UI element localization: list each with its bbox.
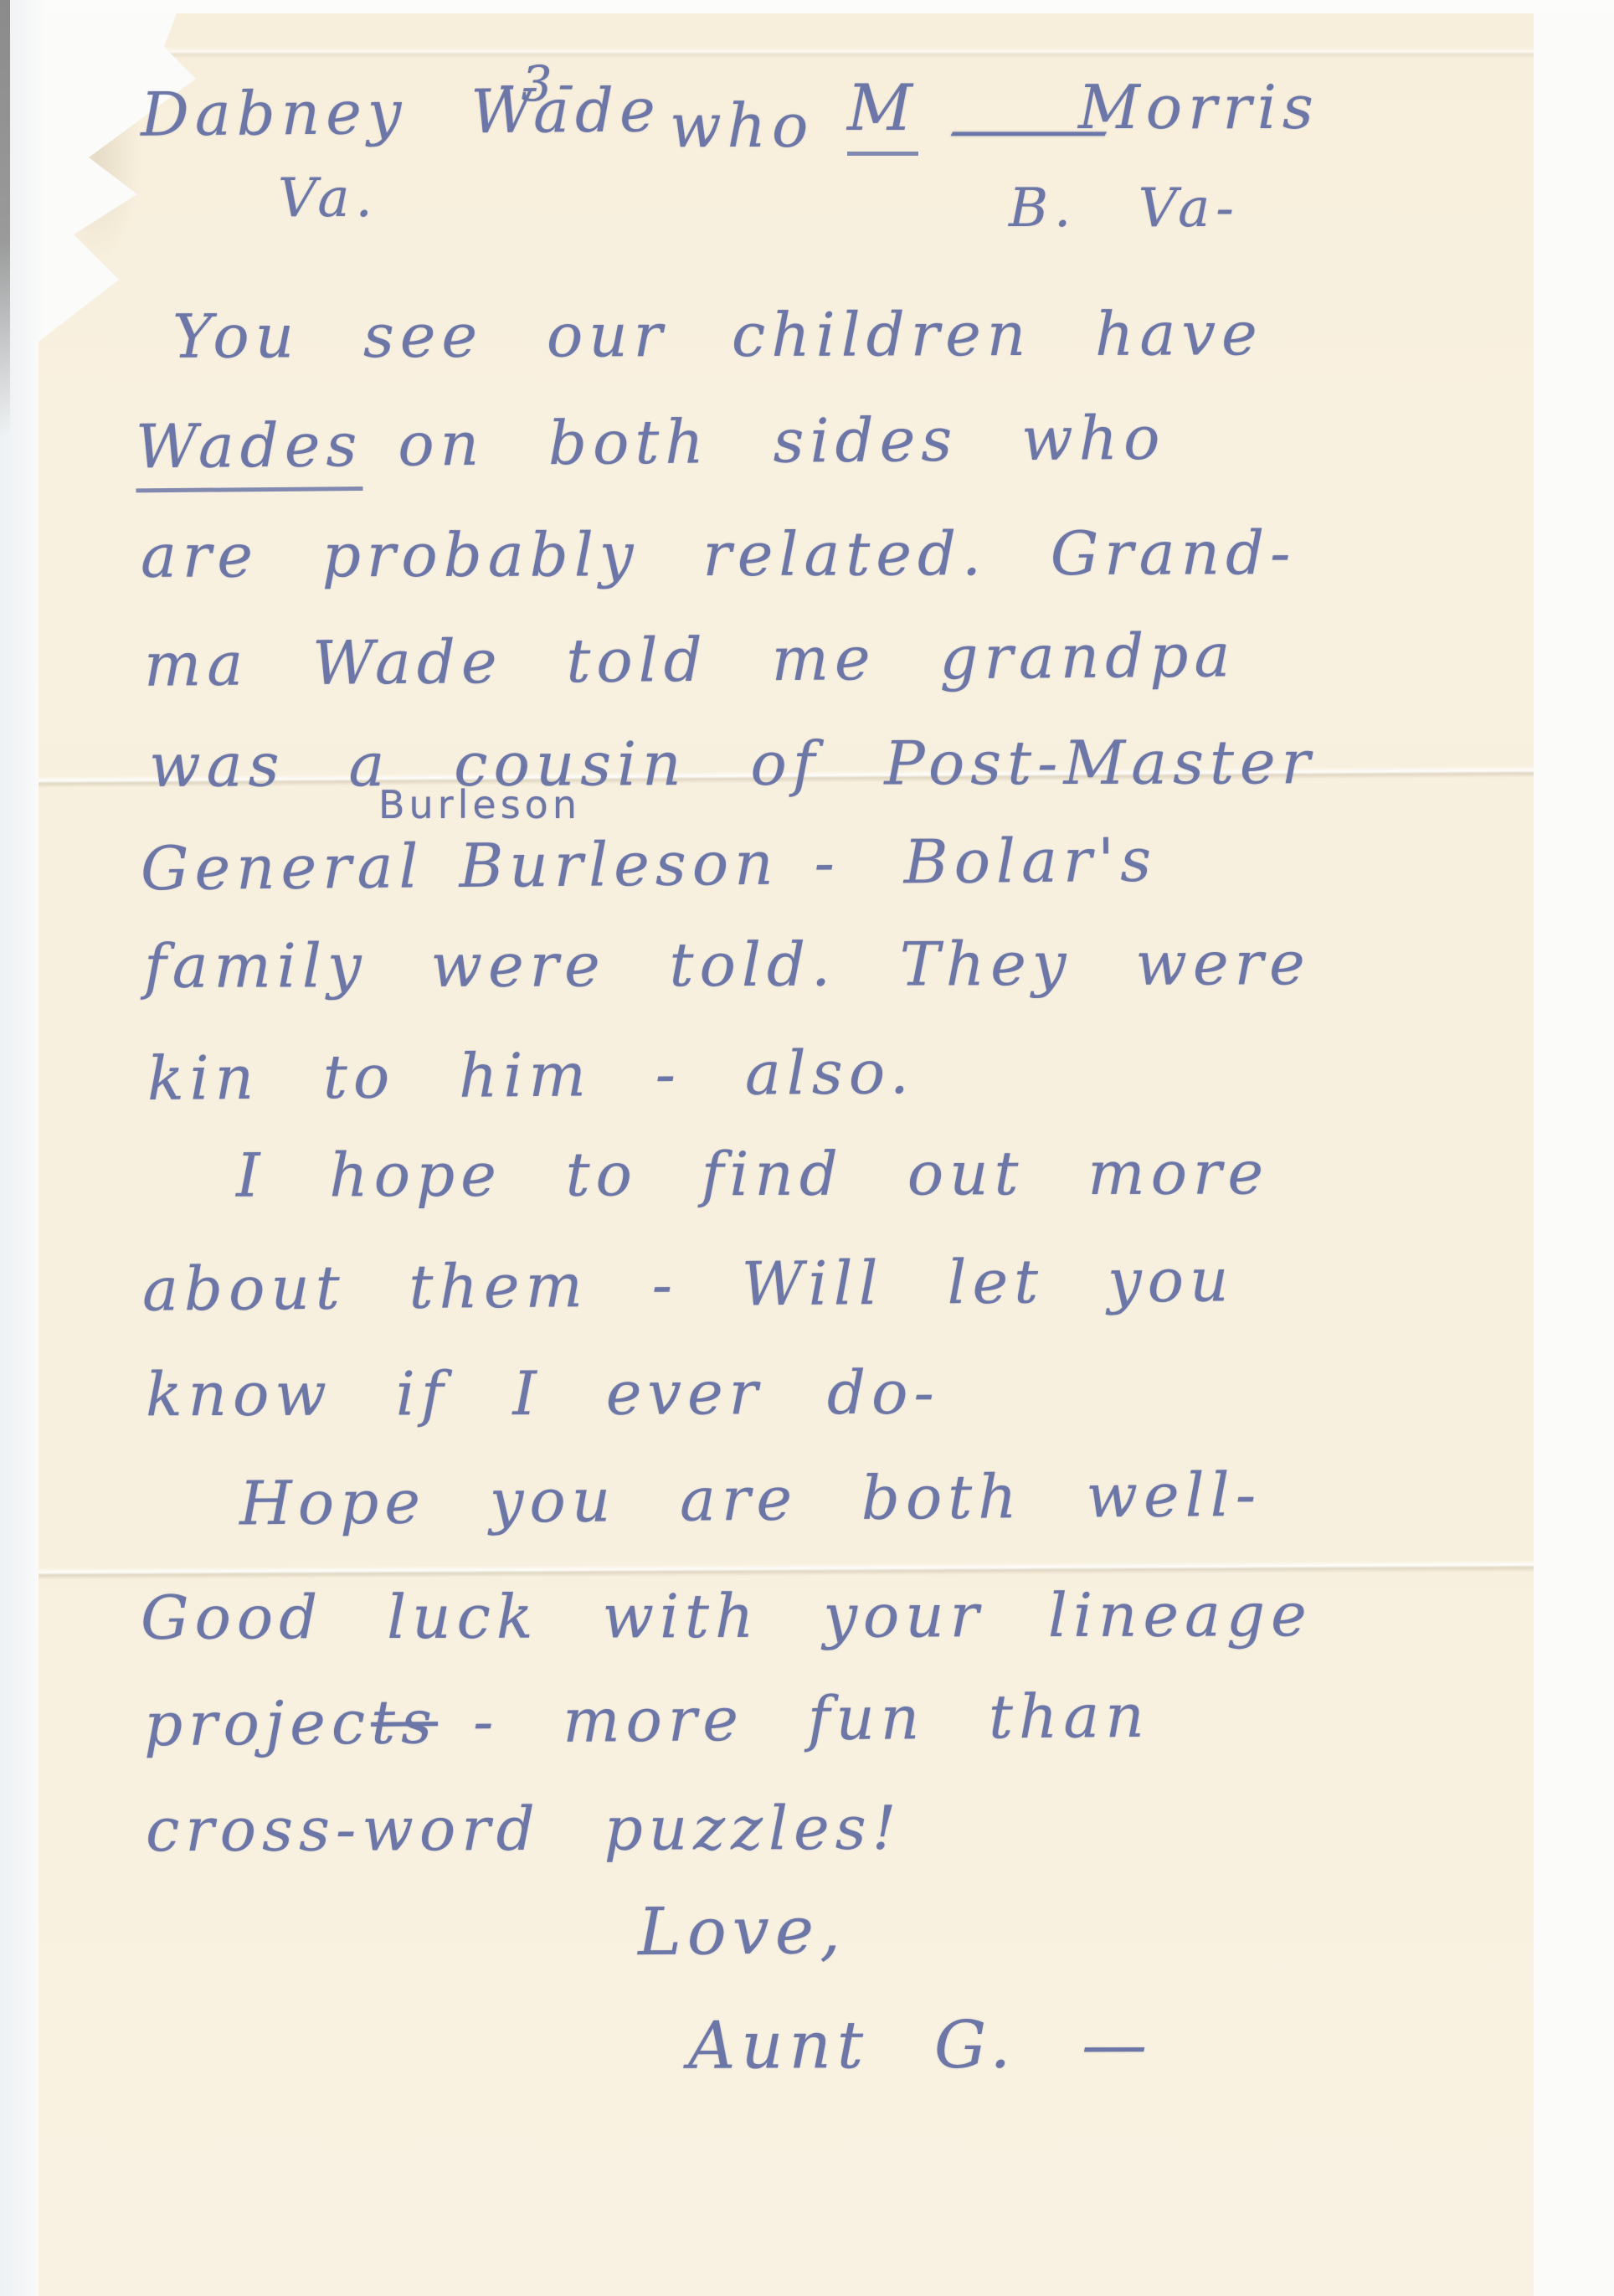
body-line-9: I hope to find out more [236,1137,1269,1210]
body-line-7: family were told. They were [144,928,1311,1001]
fold-crease-top [39,47,1534,59]
fold-crease-lower [39,1560,1534,1579]
body-line-2: Wadeson both sides who [136,403,1166,482]
header-place-right: B. Va- [1009,178,1240,239]
body-line-5: was a cousin of Post-Master [149,727,1316,801]
header-place-left: Va. [278,167,378,229]
header-dash: — [944,94,1010,164]
header-who: who [670,90,814,161]
body-line-11: know if I ever do- [146,1357,940,1429]
underlined-word: Wades [136,409,363,492]
scanned-letter-page: -3- Dabney Wade who M — Morris Va. B. Va… [0,0,1614,2296]
misspelled-name: Burleson [459,828,779,901]
header-name-left: Dabney Wade [141,75,661,149]
body-line-13: Good luck with your lineage [141,1579,1313,1653]
body-line-4: ma Wade told me grandpa [144,620,1236,699]
annotation-correction: Burleson [378,782,581,827]
underlined-initial: M [847,70,918,156]
signature: Aunt G. — [688,2007,1153,2083]
header-married-initial: M [847,70,918,145]
body-line-14: projects- more fun than [144,1681,1150,1759]
struck-letters: ts [371,1686,439,1758]
body-line-8: kin to him - also. [147,1037,915,1114]
body-line-1: You see our children have [172,298,1263,371]
body-line-12: Hope you are both well- [239,1459,1262,1539]
closing: Love, [638,1893,847,1970]
body-line-10: about them - Will let you [142,1244,1235,1324]
scan-edge-shadow [0,0,10,435]
body-line-15: cross-word puzzles! [146,1793,902,1865]
body-line-6: GeneralBurleson- Bolar's [141,825,1158,904]
body-line-3: are probably related. Grand- [141,517,1297,591]
header-name-right: Morris [1078,72,1319,142]
scanner-background-top [0,0,1614,13]
